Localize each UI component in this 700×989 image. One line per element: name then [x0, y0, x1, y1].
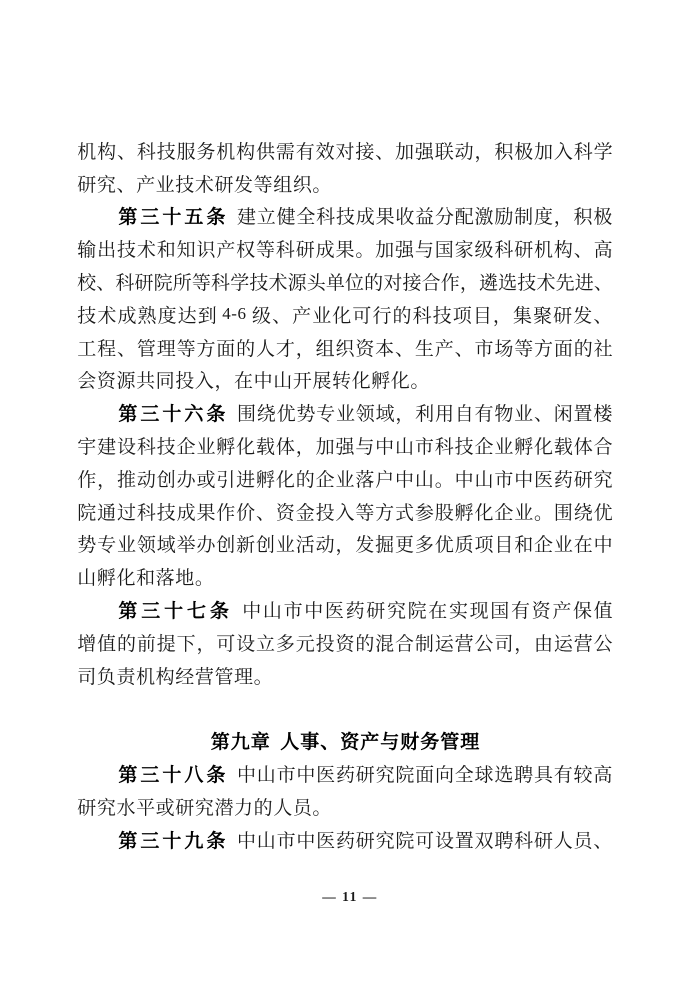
page-number: — 11 — — [0, 889, 700, 905]
article-line: 第三十八条中山市中医药研究院面向全球选聘具有较高 — [77, 757, 613, 790]
chapter-heading: 第九章人事、资产与财务管理 — [77, 724, 613, 757]
document-page: 机构、科技服务机构供需有效对接、加强联动，积极加入科学 研究、产业技术研发等组织… — [0, 0, 700, 989]
text-line: 工程、管理等方面的人才，组织资本、生产、市场等方面的社 — [77, 331, 613, 364]
article-line: 第三十五条建立健全科技成果收益分配激励制度，积极 — [77, 200, 613, 233]
text-line: 势专业领域举办创新创业活动，发掘更多优质项目和企业在中 — [77, 528, 613, 561]
text-line: 输出技术和知识产权等科研成果。加强与国家级科研机构、高 — [77, 232, 613, 265]
article-line: 第三十七条中山市中医药研究院在实现国有资产保值 — [77, 593, 613, 626]
article-line: 第三十九条中山市中医药研究院可设置双聘科研人员、 — [77, 823, 613, 856]
article-line: 第三十六条围绕优势专业领域，利用自有物业、闲置楼 — [77, 396, 613, 429]
text-line: 宇建设科技企业孵化载体，加强与中山市科技企业孵化载体合 — [77, 429, 613, 462]
text-line: 司负责机构经营管理。 — [77, 659, 613, 692]
text-line: 研究、产业技术研发等组织。 — [77, 167, 613, 200]
text-line: 增值的前提下，可设立多元投资的混合制运营公司，由运营公 — [77, 626, 613, 659]
text-line: 作，推动创办或引进孵化的企业落户中山。中山市中医药研究 — [77, 462, 613, 495]
text-line: 研究水平或研究潜力的人员。 — [77, 790, 613, 823]
page-body-text: 机构、科技服务机构供需有效对接、加强联动，积极加入科学 研究、产业技术研发等组织… — [77, 134, 613, 856]
text-line: 会资源共同投入，在中山开展转化孵化。 — [77, 364, 613, 397]
text-line: 院通过科技成果作价、资金投入等方式参股孵化企业。围绕优 — [77, 495, 613, 528]
text-line: 山孵化和落地。 — [77, 560, 613, 593]
text-line: 机构、科技服务机构供需有效对接、加强联动，积极加入科学 — [77, 134, 613, 167]
text-line: 技术成熟度达到 4-6 级、产业化可行的科技项目，集聚研发、 — [77, 298, 613, 331]
text-line: 校、科研院所等科学技术源头单位的对接合作，遴选技术先进、 — [77, 265, 613, 298]
